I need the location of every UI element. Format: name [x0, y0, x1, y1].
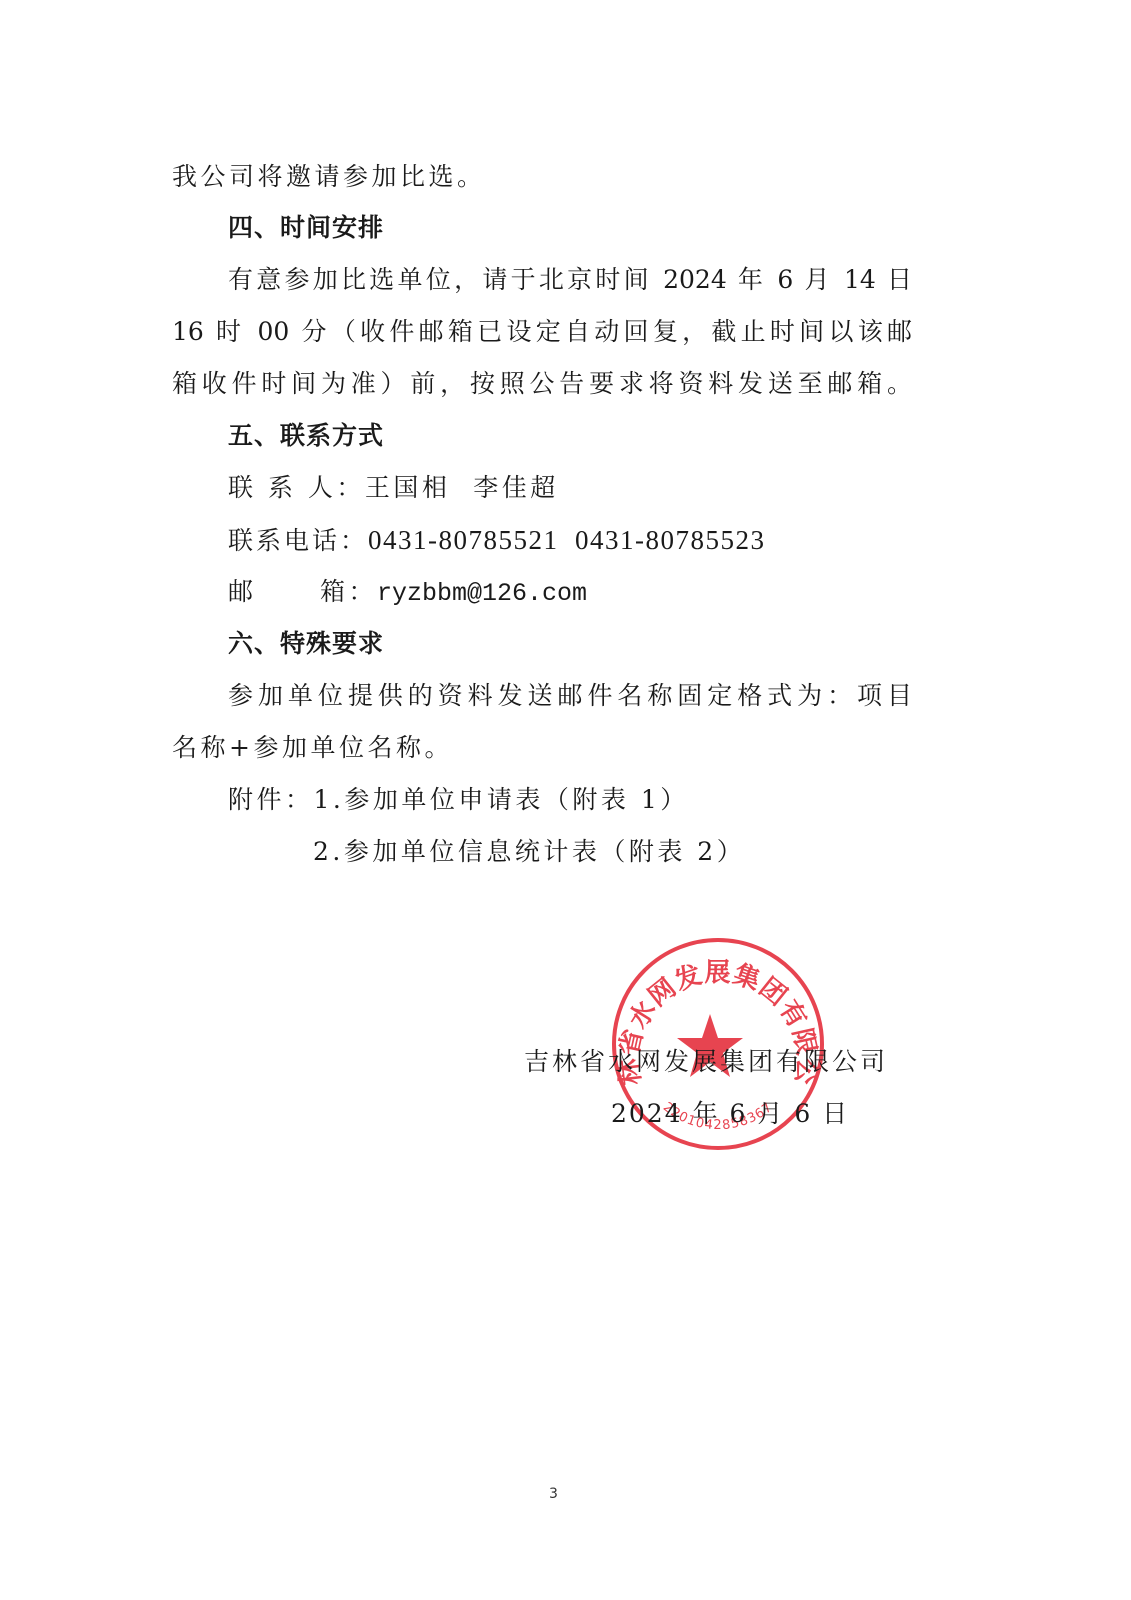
section-heading-contact: 五、联系方式	[228, 419, 912, 453]
schedule-paragraph-line-2: 16 时 00 分（收件邮箱已设定自动回复，截止时间以该邮	[172, 315, 912, 349]
contact-email-label-a: 邮	[228, 575, 320, 609]
contact-phone-label: 联系电话：	[228, 524, 368, 558]
continuation-text: 我公司将邀请参加比选。	[172, 160, 912, 194]
attachment-item-1: 1.参加单位申请表（附表 1）	[314, 785, 689, 814]
section-heading-special: 六、特殊要求	[228, 627, 912, 661]
special-paragraph-line-1: 参加单位提供的资料发送邮件名称固定格式为：项目	[228, 679, 912, 713]
schedule-paragraph-line-1: 有意参加比选单位，请于北京时间 2024 年 6 月 14 日	[228, 263, 912, 297]
signature-company: 吉林省水网发展集团有限公司	[524, 1045, 888, 1079]
contact-phone-value: 0431-80785521 0431-80785523	[368, 525, 765, 555]
special-paragraph-line-2: 名称+参加单位名称。	[172, 731, 912, 765]
contact-person-value: 王国相 李佳超	[365, 473, 559, 502]
attachments-label: 附件：	[228, 785, 314, 814]
signature-date: 2024 年 6 月 6 日	[611, 1097, 849, 1131]
contact-email-label-b: 箱：	[320, 577, 377, 606]
contact-phone-row: 联系电话：0431-80785521 0431-80785523	[228, 523, 912, 558]
page-number: 3	[549, 1486, 558, 1502]
contact-email-row: 邮箱：ryzbbm@126.com	[228, 575, 912, 611]
attachment-item-2: 2.参加单位信息统计表（附表 2）	[313, 835, 1053, 869]
document-page: 我公司将邀请参加比选。 四、时间安排 有意参加比选单位，请于北京时间 2024 …	[0, 0, 1131, 1600]
contact-email-value[interactable]: ryzbbm@126.com	[377, 579, 587, 608]
contact-person-label: 联 系 人：	[228, 471, 365, 505]
contact-person-row: 联 系 人：王国相 李佳超	[228, 471, 912, 505]
section-heading-schedule: 四、时间安排	[228, 211, 912, 245]
schedule-paragraph-line-3: 箱收件时间为准）前，按照公告要求将资料发送至邮箱。	[172, 367, 912, 401]
attachments-row-1: 附件：1.参加单位申请表（附表 1）	[228, 783, 912, 817]
